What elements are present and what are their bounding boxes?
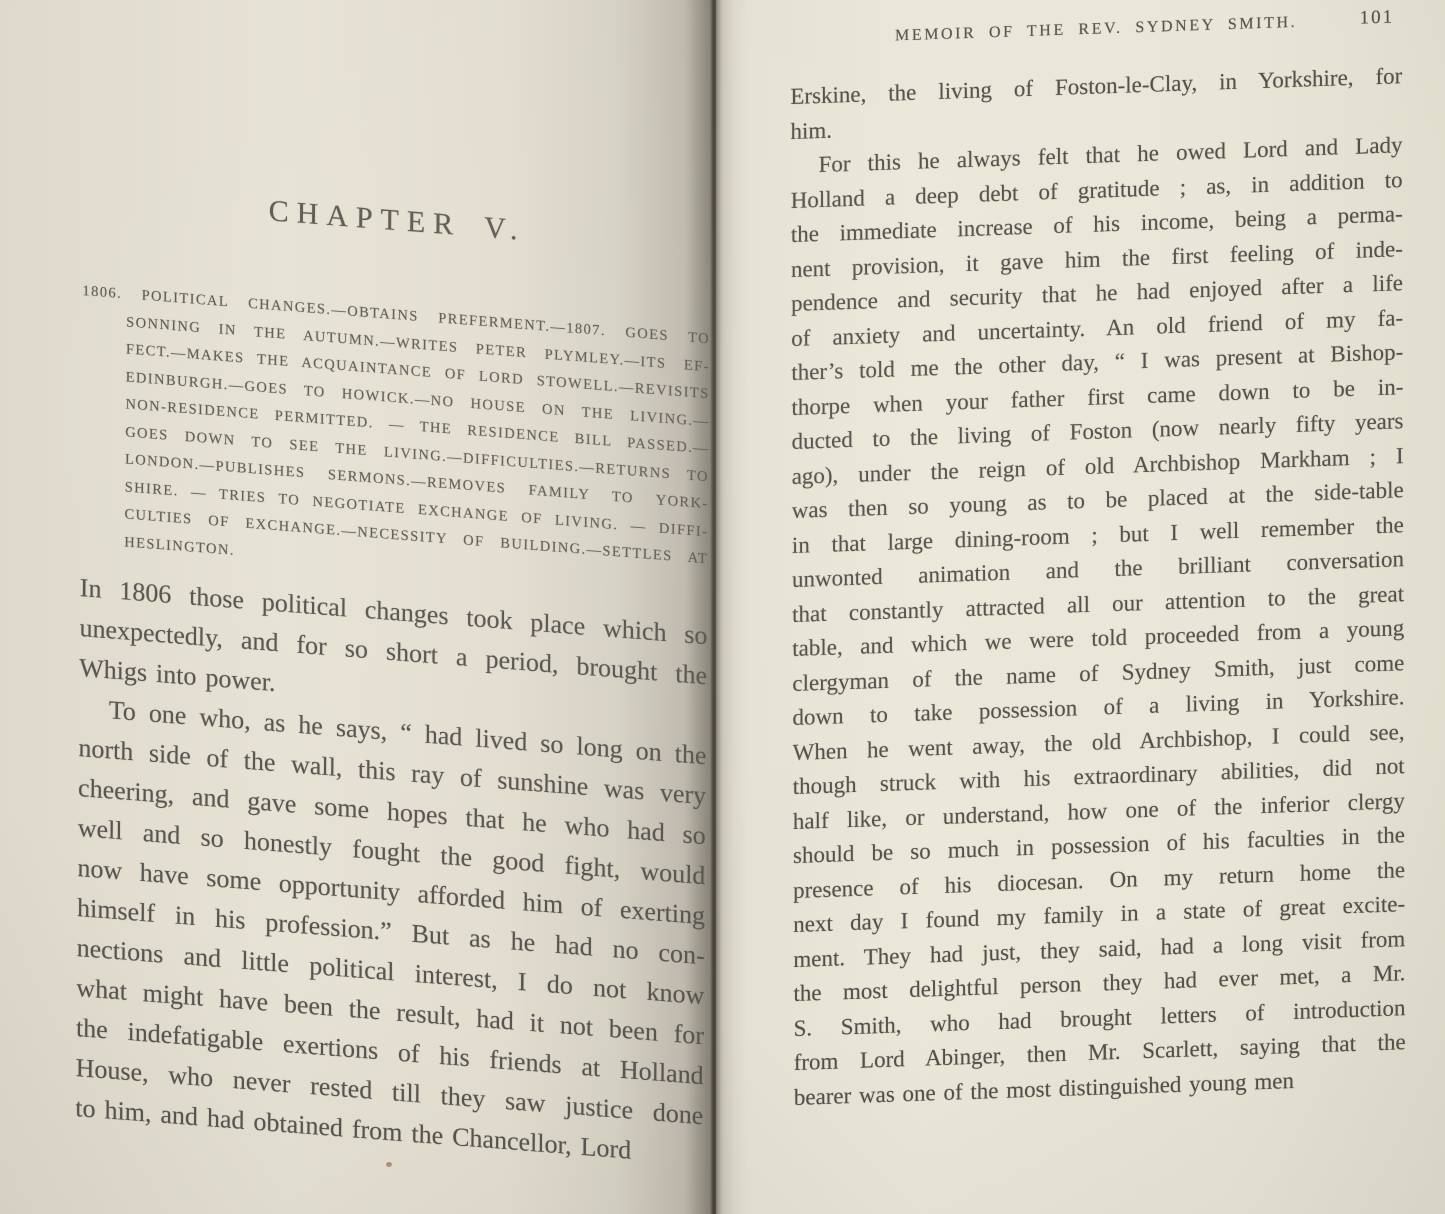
book-photo: CHAPTER V. 1806. POLITICAL CHANGES.—OBTA… [0,0,1445,1214]
page-number: 101 [1360,6,1395,29]
running-header-title: MEMOIR OF THE REV. SYDNEY SMITH. [790,10,1402,49]
left-page-body: In 1806 those political changes took pla… [75,568,707,1176]
right-page: MEMOIR OF THE REV. SYDNEY SMITH. 101 Ers… [716,0,1445,1214]
right-page-body: Erskine, the living of Foston-le-Clay, i… [790,59,1406,1115]
left-page-text: CHAPTER V. 1806. POLITICAL CHANGES.—OBTA… [75,0,712,1176]
paragraph: For this he always felt that he owed Lor… [791,128,1406,1115]
running-header: MEMOIR OF THE REV. SYDNEY SMITH. 101 [790,10,1402,55]
page-speck [386,1162,392,1167]
chapter-summary: 1806. POLITICAL CHANGES.—OBTAINS PREFERM… [80,278,710,601]
paragraph: To one who, as he says, “ had lived so l… [75,688,706,1176]
chapter-heading: CHAPTER V. [83,180,711,270]
left-page: CHAPTER V. 1806. POLITICAL CHANGES.—OBTA… [0,0,716,1214]
right-page-text: MEMOIR OF THE REV. SYDNEY SMITH. 101 Ers… [790,0,1406,1115]
